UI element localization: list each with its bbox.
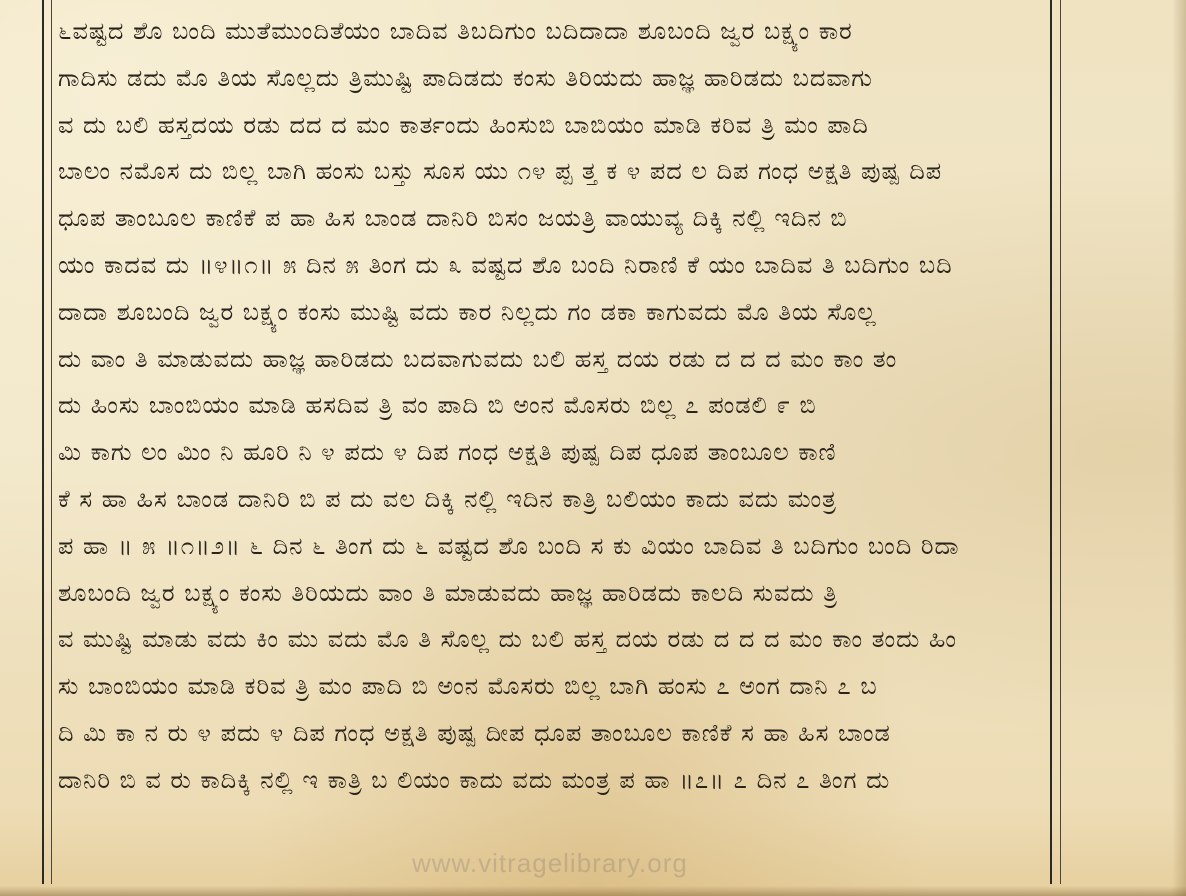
left-margin-rule-outer [42, 0, 44, 884]
text-line: ವ ದು ಬಲಿ ಹಸ್ತದಯ ರಡು ದದ ದ ಮಂ ಕಾರ್ತಂದು ಹಿಂ… [58, 102, 1048, 149]
text-line: ಬಾಲಂ ನಮೊಸ ದು ಬಿಲ್ಲ ಬಾಗಿ ಹಂಸು ಬಸ್ತು ಸೂಸ ಯ… [58, 148, 1048, 195]
page-bottom-shadow [0, 886, 1186, 896]
right-margin-rule-outer [1050, 0, 1052, 884]
text-line: ದಾನಿರಿ ಬಿ ವ ರು ಕಾದಿಕ್ಕಿ ನಲ್ಲಿ ಇ ಕಾತ್ರಿ ಬ… [58, 757, 1048, 804]
text-line: ಮಿ ಕಾಗು ಲಂ ಮಿಂ ನಿ ಹೂರಿ ನಿ ೪ ಪದು ೪ ದಿಪ ಗಂ… [58, 429, 1048, 476]
text-line: ಶೂಬಂದಿ ಜ್ವರ ಬಕ್ಷ್ಯಂ ಕಂಸು ತಿರಿಯದು ವಾಂ ತಿ … [58, 570, 1048, 617]
text-line: ದಾದಾ ಶೂಬಂದಿ ಜ್ವರ ಬಕ್ಷ್ಯಂ ಕಂಸು ಮುಷ್ಟಿ ವದು… [58, 289, 1048, 336]
text-line: ವ ಮುಷ್ಟಿ ಮಾಡು ವದು ಕಿಂ ಮು ವದು ಮೊ ತಿ ಸೊಲ್ಲ… [58, 616, 1048, 663]
text-line: ೬ವಷ್ಟದ ಶೊ ಬಂದಿ ಮುತೆಮುಂದಿತೆಯಂ ಬಾದಿವ ತಿಬದಿ… [58, 8, 1048, 55]
text-line: ಪ ಹಾ ॥ ೫ ॥೧॥೨॥ ೬ ದಿನ ೬ ತಿಂಗ ದು ೬ ವಷ್ಟದ ಶ… [58, 523, 1048, 570]
text-line: ದು ಹಿಂಸು ಬಾಂಬಿಯಂ ಮಾಡಿ ಹಸದಿವ ತ್ರಿ ವಂ ಪಾದಿ… [58, 382, 1048, 429]
left-margin-rule-inner [51, 0, 52, 884]
text-line: ಯಂ ಕಾದವ ದು ॥೪॥೧॥ ೫ ದಿನ ೫ ತಿಂಗ ದು ೩ ವಷ್ಟದ… [58, 242, 1048, 289]
text-line: ಧೂಪ ತಾಂಬೂಲ ಕಾಣಿಕೆ ಪ ಹಾ ಹಿಸ ಬಾಂಡ ದಾನಿರಿ ಬ… [58, 195, 1048, 242]
watermark: www.vitragelibrary.org [412, 848, 688, 879]
text-line: ಕೆ ಸ ಹಾ ಹಿಸ ಬಾಂಡ ದಾನಿರಿ ಬಿ ಪ ದು ವಲ ದಿಕ್ಕ… [58, 476, 1048, 523]
right-margin-rule-inner [1060, 0, 1061, 884]
page-edge-shading [1172, 0, 1186, 896]
manuscript-text: ೬ವಷ್ಟದ ಶೊ ಬಂದಿ ಮುತೆಮುಂದಿತೆಯಂ ಬಾದಿವ ತಿಬದಿ… [58, 8, 1048, 804]
text-line: ಸು ಬಾಂಬಿಯಂ ಮಾಡಿ ಕರಿವ ತ್ರಿ ಮಂ ಪಾದಿ ಬಿ ಅಂನ… [58, 663, 1048, 710]
text-line: ಗಾದಿಸು ಡದು ಮೊ ತಿಯ ಸೊಲ್ಲದು ತ್ರಿಮುಷ್ಟಿ ಪಾದ… [58, 55, 1048, 102]
text-line: ದು ವಾಂ ತಿ ಮಾಡುವದು ಹಾಜ್ಞ ಹಾರಿಡದು ಬದವಾಗುವದ… [58, 336, 1048, 383]
text-line: ದಿ ಮಿ ಕಾ ನ ರು ೪ ಪದು ೪ ದಿಪ ಗಂಧ ಅಕ್ಷತಿ ಪುಷ… [58, 710, 1048, 757]
